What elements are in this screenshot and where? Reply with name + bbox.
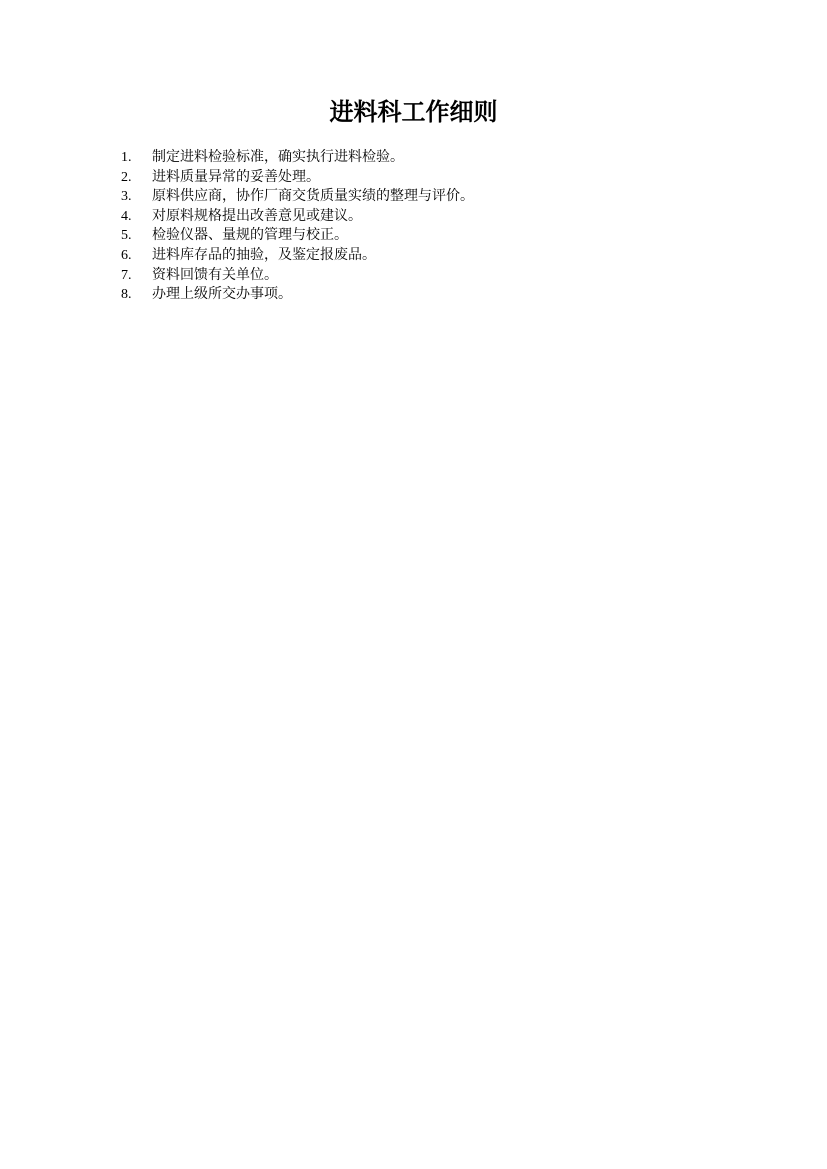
list-item-text: 进料库存品的抽验，及鉴定报废品。 xyxy=(152,248,376,263)
page-title: 进料科工作细则 xyxy=(0,99,827,127)
list-item: 1.制定进料检验标准，确实执行进料检验。 xyxy=(0,148,827,168)
list-item-text: 原料供应商，协作厂商交货质量实绩的整理与评价。 xyxy=(152,189,474,204)
list-item-number: 6. xyxy=(121,246,152,266)
list-item-text: 制定进料检验标准，确实执行进料检验。 xyxy=(152,150,404,165)
work-rules-list: 1.制定进料检验标准，确实执行进料检验。 2.进料质量异常的妥善处理。 3.原料… xyxy=(0,148,827,305)
list-item-number: 7. xyxy=(121,266,152,286)
list-item: 8.办理上级所交办事项。 xyxy=(0,285,827,305)
list-item: 4.对原料规格提出改善意见或建议。 xyxy=(0,207,827,227)
list-item-number: 2. xyxy=(121,168,152,188)
list-item-text: 办理上级所交办事项。 xyxy=(152,287,292,302)
list-item-text: 进料质量异常的妥善处理。 xyxy=(152,170,320,185)
list-item: 6.进料库存品的抽验，及鉴定报废品。 xyxy=(0,246,827,266)
list-item-text: 对原料规格提出改善意见或建议。 xyxy=(152,209,362,224)
list-item: 5.检验仪器、量规的管理与校正。 xyxy=(0,226,827,246)
list-item-number: 3. xyxy=(121,187,152,207)
list-item-text: 检验仪器、量规的管理与校正。 xyxy=(152,228,348,243)
list-item-number: 8. xyxy=(121,285,152,305)
list-item-number: 1. xyxy=(121,148,152,168)
list-item-number: 4. xyxy=(121,207,152,227)
document-page: 进料科工作细则 1.制定进料检验标准，确实执行进料检验。 2.进料质量异常的妥善… xyxy=(0,0,827,1169)
list-item: 7.资料回馈有关单位。 xyxy=(0,266,827,286)
list-item-number: 5. xyxy=(121,226,152,246)
list-item: 2.进料质量异常的妥善处理。 xyxy=(0,168,827,188)
list-item-text: 资料回馈有关单位。 xyxy=(152,268,278,283)
list-item: 3.原料供应商，协作厂商交货质量实绩的整理与评价。 xyxy=(0,187,827,207)
